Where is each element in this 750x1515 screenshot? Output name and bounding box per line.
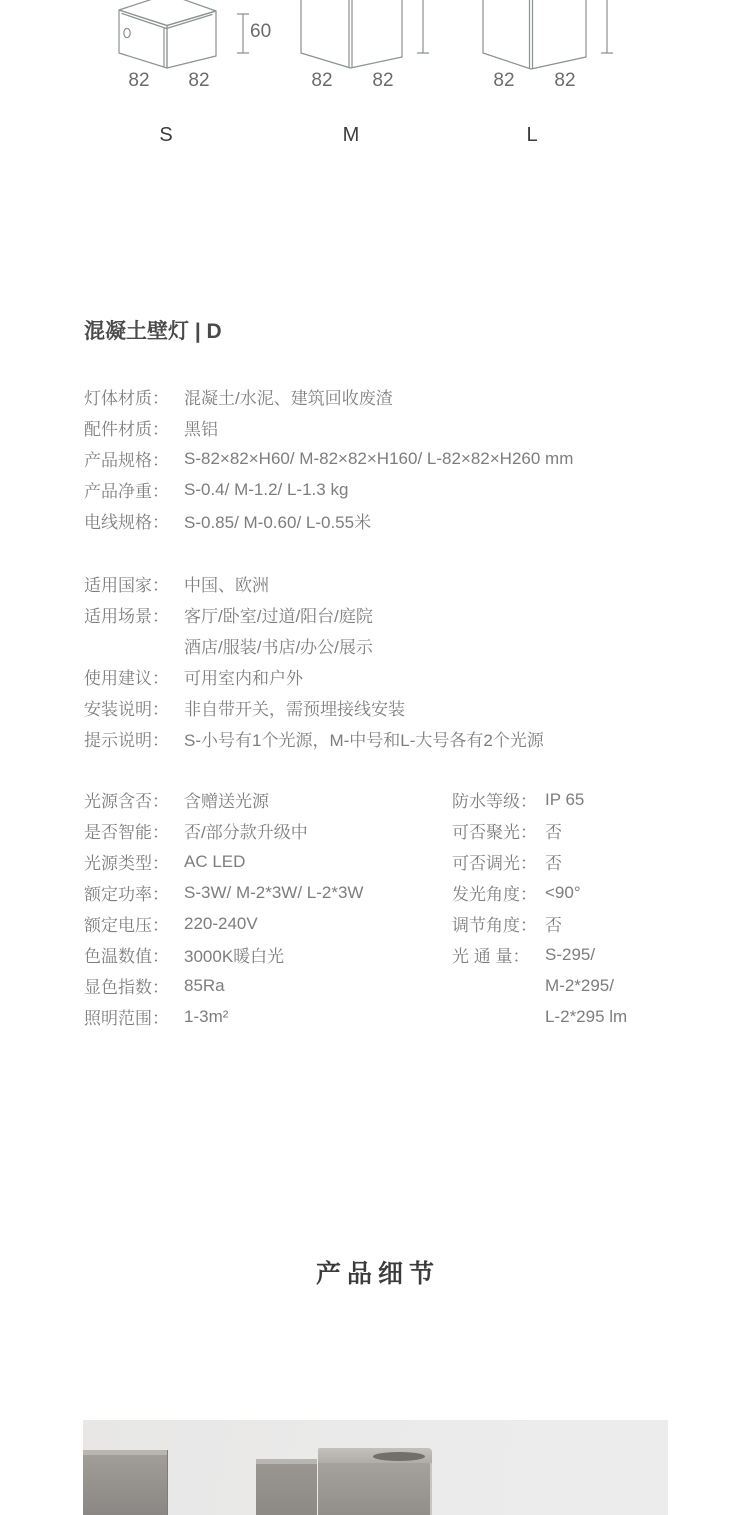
spec-row: 酒店/服装/书店/办公/展示 <box>84 630 544 661</box>
spec-label: 使用建议： <box>84 664 184 689</box>
light-specs-left-column: 光源含否：含赠送光源 是否智能：否/部分款升级中 光源类型：AC LED 额定功… <box>84 784 363 1032</box>
spec-value: IP 65 <box>545 790 584 810</box>
spec-label: 光源含否： <box>84 787 184 812</box>
spec-row: 色温数值：3000K暖白光 <box>84 939 363 970</box>
spec-label: 发光角度： <box>452 880 545 905</box>
spec-row: L-2*295 lm <box>452 1001 627 1032</box>
spec-label: 额定功率： <box>84 880 184 905</box>
lamp-front-face <box>318 1463 432 1515</box>
product-photo <box>83 1420 668 1515</box>
spec-row: 灯体材质：混凝土/水泥、建筑回收废渣 <box>84 381 573 412</box>
spec-label: 安装说明： <box>84 695 184 720</box>
dimension-label-s-height: 60 <box>250 21 294 43</box>
dimension-label-l-right: 82 <box>535 70 595 92</box>
dimension-label-s-right: 82 <box>169 70 229 92</box>
spec-value: 1-3m² <box>184 1007 228 1027</box>
spec-value: 含赠送光源 <box>184 787 269 812</box>
spec-value: 可用室内和户外 <box>184 664 303 689</box>
spec-value: 220-240V <box>184 914 258 934</box>
spec-row: 光源含否：含赠送光源 <box>84 784 363 815</box>
spec-row: 防水等级：IP 65 <box>452 784 627 815</box>
spec-value: S-295/ <box>545 945 595 965</box>
dimension-line-s <box>238 14 249 53</box>
product-detail-page: 82 82 60 82 82 82 82 S M L 混凝土壁灯 | D 灯体材… <box>0 0 750 1515</box>
spec-row: M-2*295/ <box>452 970 627 1001</box>
spec-value: 中国、欧洲 <box>184 571 269 596</box>
spec-value: <90° <box>545 883 581 903</box>
basic-specs-block: 灯体材质：混凝土/水泥、建筑回收废渣 配件材质：黑铝 产品规格：S-82×82×… <box>84 381 573 536</box>
spec-label: 显色指数： <box>84 973 184 998</box>
size-s-drawing <box>119 0 216 68</box>
spec-row: 额定电压：220-240V <box>84 908 363 939</box>
dimension-label-m-right: 82 <box>353 70 413 92</box>
spec-label: 产品规格： <box>84 446 184 471</box>
spec-row: 是否智能：否/部分款升级中 <box>84 815 363 846</box>
spec-value: 否/部分款升级中 <box>184 818 308 843</box>
spec-row: 产品规格：S-82×82×H60/ M-82×82×H160/ L-82×82×… <box>84 443 573 474</box>
spec-row: 产品净重：S-0.4/ M-1.2/ L-1.3 kg <box>84 474 573 505</box>
spec-row: 配件材质：黑铝 <box>84 412 573 443</box>
size-letter-s: S <box>136 123 196 147</box>
spec-row: 电线规格：S-0.85/ M-0.60/ L-0.55米 <box>84 505 573 536</box>
spec-row: 照明范围：1-3m² <box>84 1001 363 1032</box>
spec-label: 额定电压： <box>84 911 184 936</box>
spec-row: 发光角度：<90° <box>452 877 627 908</box>
size-l-drawing <box>483 0 586 69</box>
spec-label: 防水等级： <box>452 787 545 812</box>
spec-label: 可否聚光： <box>452 818 545 843</box>
spec-value: 黑铝 <box>184 415 218 440</box>
spec-label: 提示说明： <box>84 726 184 751</box>
size-letter-m: M <box>321 123 381 147</box>
dimension-label-l-left: 82 <box>474 70 534 92</box>
spec-row: 光源类型：AC LED <box>84 846 363 877</box>
spec-label: 调节角度： <box>452 911 545 936</box>
concrete-lamp-middle-front <box>318 1448 432 1515</box>
spec-value: 否 <box>545 818 562 843</box>
size-m-drawing <box>301 0 402 68</box>
spec-row: 调节角度：否 <box>452 908 627 939</box>
spec-label: 适用场景： <box>84 602 184 627</box>
spec-row: 额定功率：S-3W/ M-2*3W/ L-2*3W <box>84 877 363 908</box>
spec-row: 可否调光：否 <box>452 846 627 877</box>
dimension-label-m-left: 82 <box>292 70 352 92</box>
spec-value: S-3W/ M-2*3W/ L-2*3W <box>184 883 363 903</box>
spec-value: S-0.85/ M-0.60/ L-0.55米 <box>184 508 371 533</box>
spec-row: 光 通 量：S-295/ <box>452 939 627 970</box>
spec-label: 是否智能： <box>84 818 184 843</box>
spec-row: 使用建议：可用室内和户外 <box>84 661 544 692</box>
spec-value: 3000K暖白光 <box>184 942 284 967</box>
spec-value: 客厅/卧室/过道/阳台/庭院 <box>184 602 373 627</box>
spec-label: 电线规格： <box>84 508 184 533</box>
light-specs-right-column: 防水等级：IP 65 可否聚光：否 可否调光：否 发光角度：<90° 调节角度：… <box>452 784 627 1032</box>
spec-value: 混凝土/水泥、建筑回收废渣 <box>184 384 393 409</box>
spec-label: 适用国家： <box>84 571 184 596</box>
spec-row: 安装说明：非自带开关，需预埋接线安装 <box>84 692 544 723</box>
spec-row: 显色指数：85Ra <box>84 970 363 1001</box>
spec-value: 否 <box>545 849 562 874</box>
dimension-line-m <box>418 0 429 53</box>
lamp-top-rim <box>83 1450 167 1455</box>
spec-value: S-82×82×H60/ M-82×82×H160/ L-82×82×H260 … <box>184 449 573 469</box>
details-section-heading: 产品细节 <box>0 1258 750 1290</box>
dimension-label-s-left: 82 <box>109 70 169 92</box>
dimension-line-l <box>602 0 613 53</box>
spec-value: L-2*295 lm <box>545 1007 627 1027</box>
lamp-top-face <box>318 1448 432 1463</box>
spec-label: 光 通 量： <box>452 942 545 967</box>
wire-hole-icon <box>124 28 130 37</box>
spec-label: 产品净重： <box>84 477 184 502</box>
spec-row: 提示说明：S-小号有1个光源，M-中号和L-大号各有2个光源 <box>84 723 544 754</box>
lamp-top-rim <box>256 1459 317 1464</box>
spec-value: 否 <box>545 911 562 936</box>
spec-label: 光源类型： <box>84 849 184 874</box>
usage-specs-block: 适用国家：中国、欧洲 适用场景：客厅/卧室/过道/阳台/庭院 酒店/服装/书店/… <box>84 568 544 754</box>
spec-label: 色温数值： <box>84 942 184 967</box>
concrete-lamp-left <box>83 1450 168 1515</box>
spec-value: 85Ra <box>184 976 225 996</box>
product-title: 混凝土壁灯 | D <box>84 317 222 347</box>
spec-value: S-小号有1个光源，M-中号和L-大号各有2个光源 <box>184 726 544 751</box>
spec-label: 配件材质： <box>84 415 184 440</box>
spec-row: 适用国家：中国、欧洲 <box>84 568 544 599</box>
concrete-lamp-middle-rear <box>256 1459 317 1515</box>
spec-row: 可否聚光：否 <box>452 815 627 846</box>
spec-label: 灯体材质： <box>84 384 184 409</box>
spec-value: 非自带开关，需预埋接线安装 <box>184 695 405 720</box>
spec-label: 照明范围： <box>84 1004 184 1029</box>
spec-value: S-0.4/ M-1.2/ L-1.3 kg <box>184 480 348 500</box>
spec-label: 可否调光： <box>452 849 545 874</box>
spec-value: AC LED <box>184 852 245 872</box>
spec-value: 酒店/服装/书店/办公/展示 <box>184 633 373 658</box>
size-letter-l: L <box>502 123 562 147</box>
lamp-opening <box>373 1452 425 1461</box>
spec-value: M-2*295/ <box>545 976 614 996</box>
spec-row: 适用场景：客厅/卧室/过道/阳台/庭院 <box>84 599 544 630</box>
